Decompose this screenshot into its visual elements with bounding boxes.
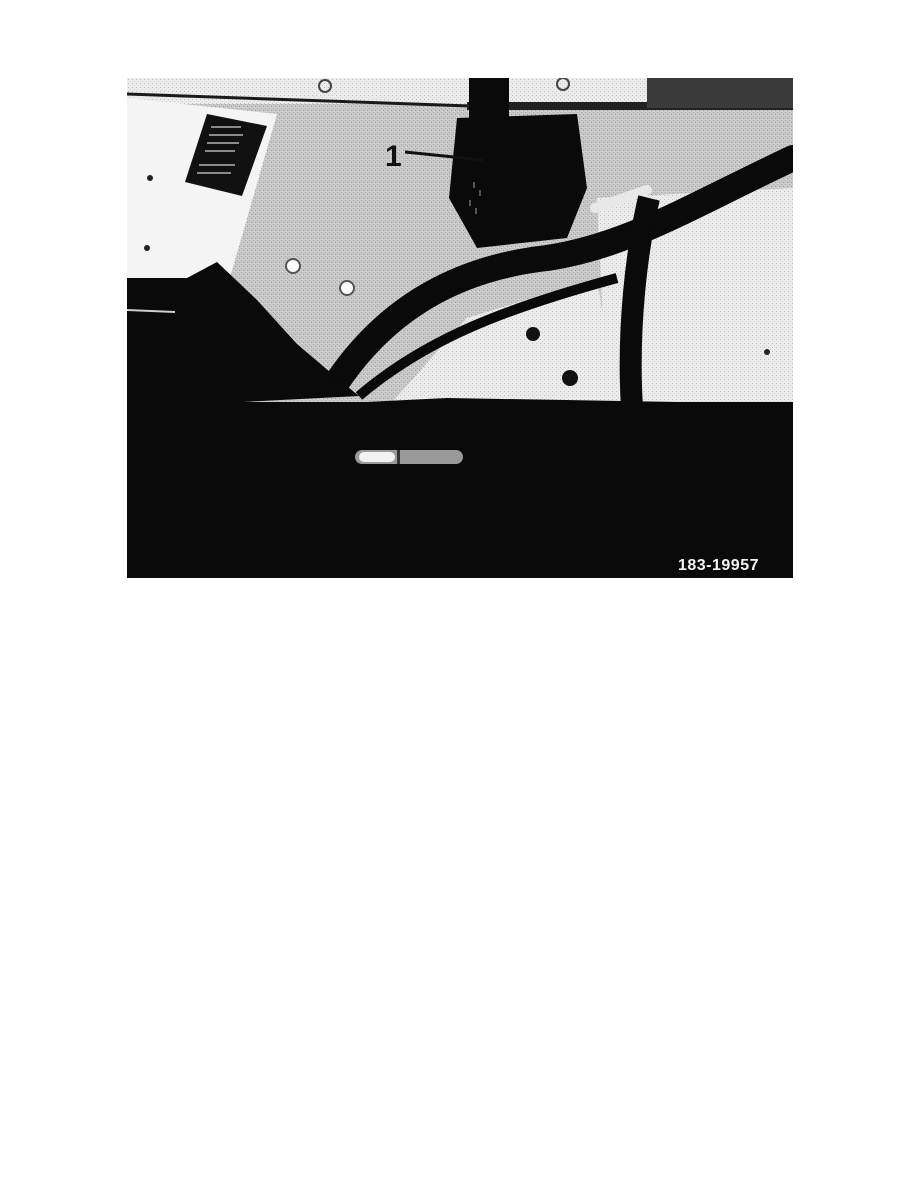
figure-photo: 1 183-19957: [127, 78, 793, 578]
callout-leader-line: [405, 148, 485, 164]
figure-id: 183-19957: [678, 558, 759, 574]
callout-number: 1: [385, 142, 402, 172]
